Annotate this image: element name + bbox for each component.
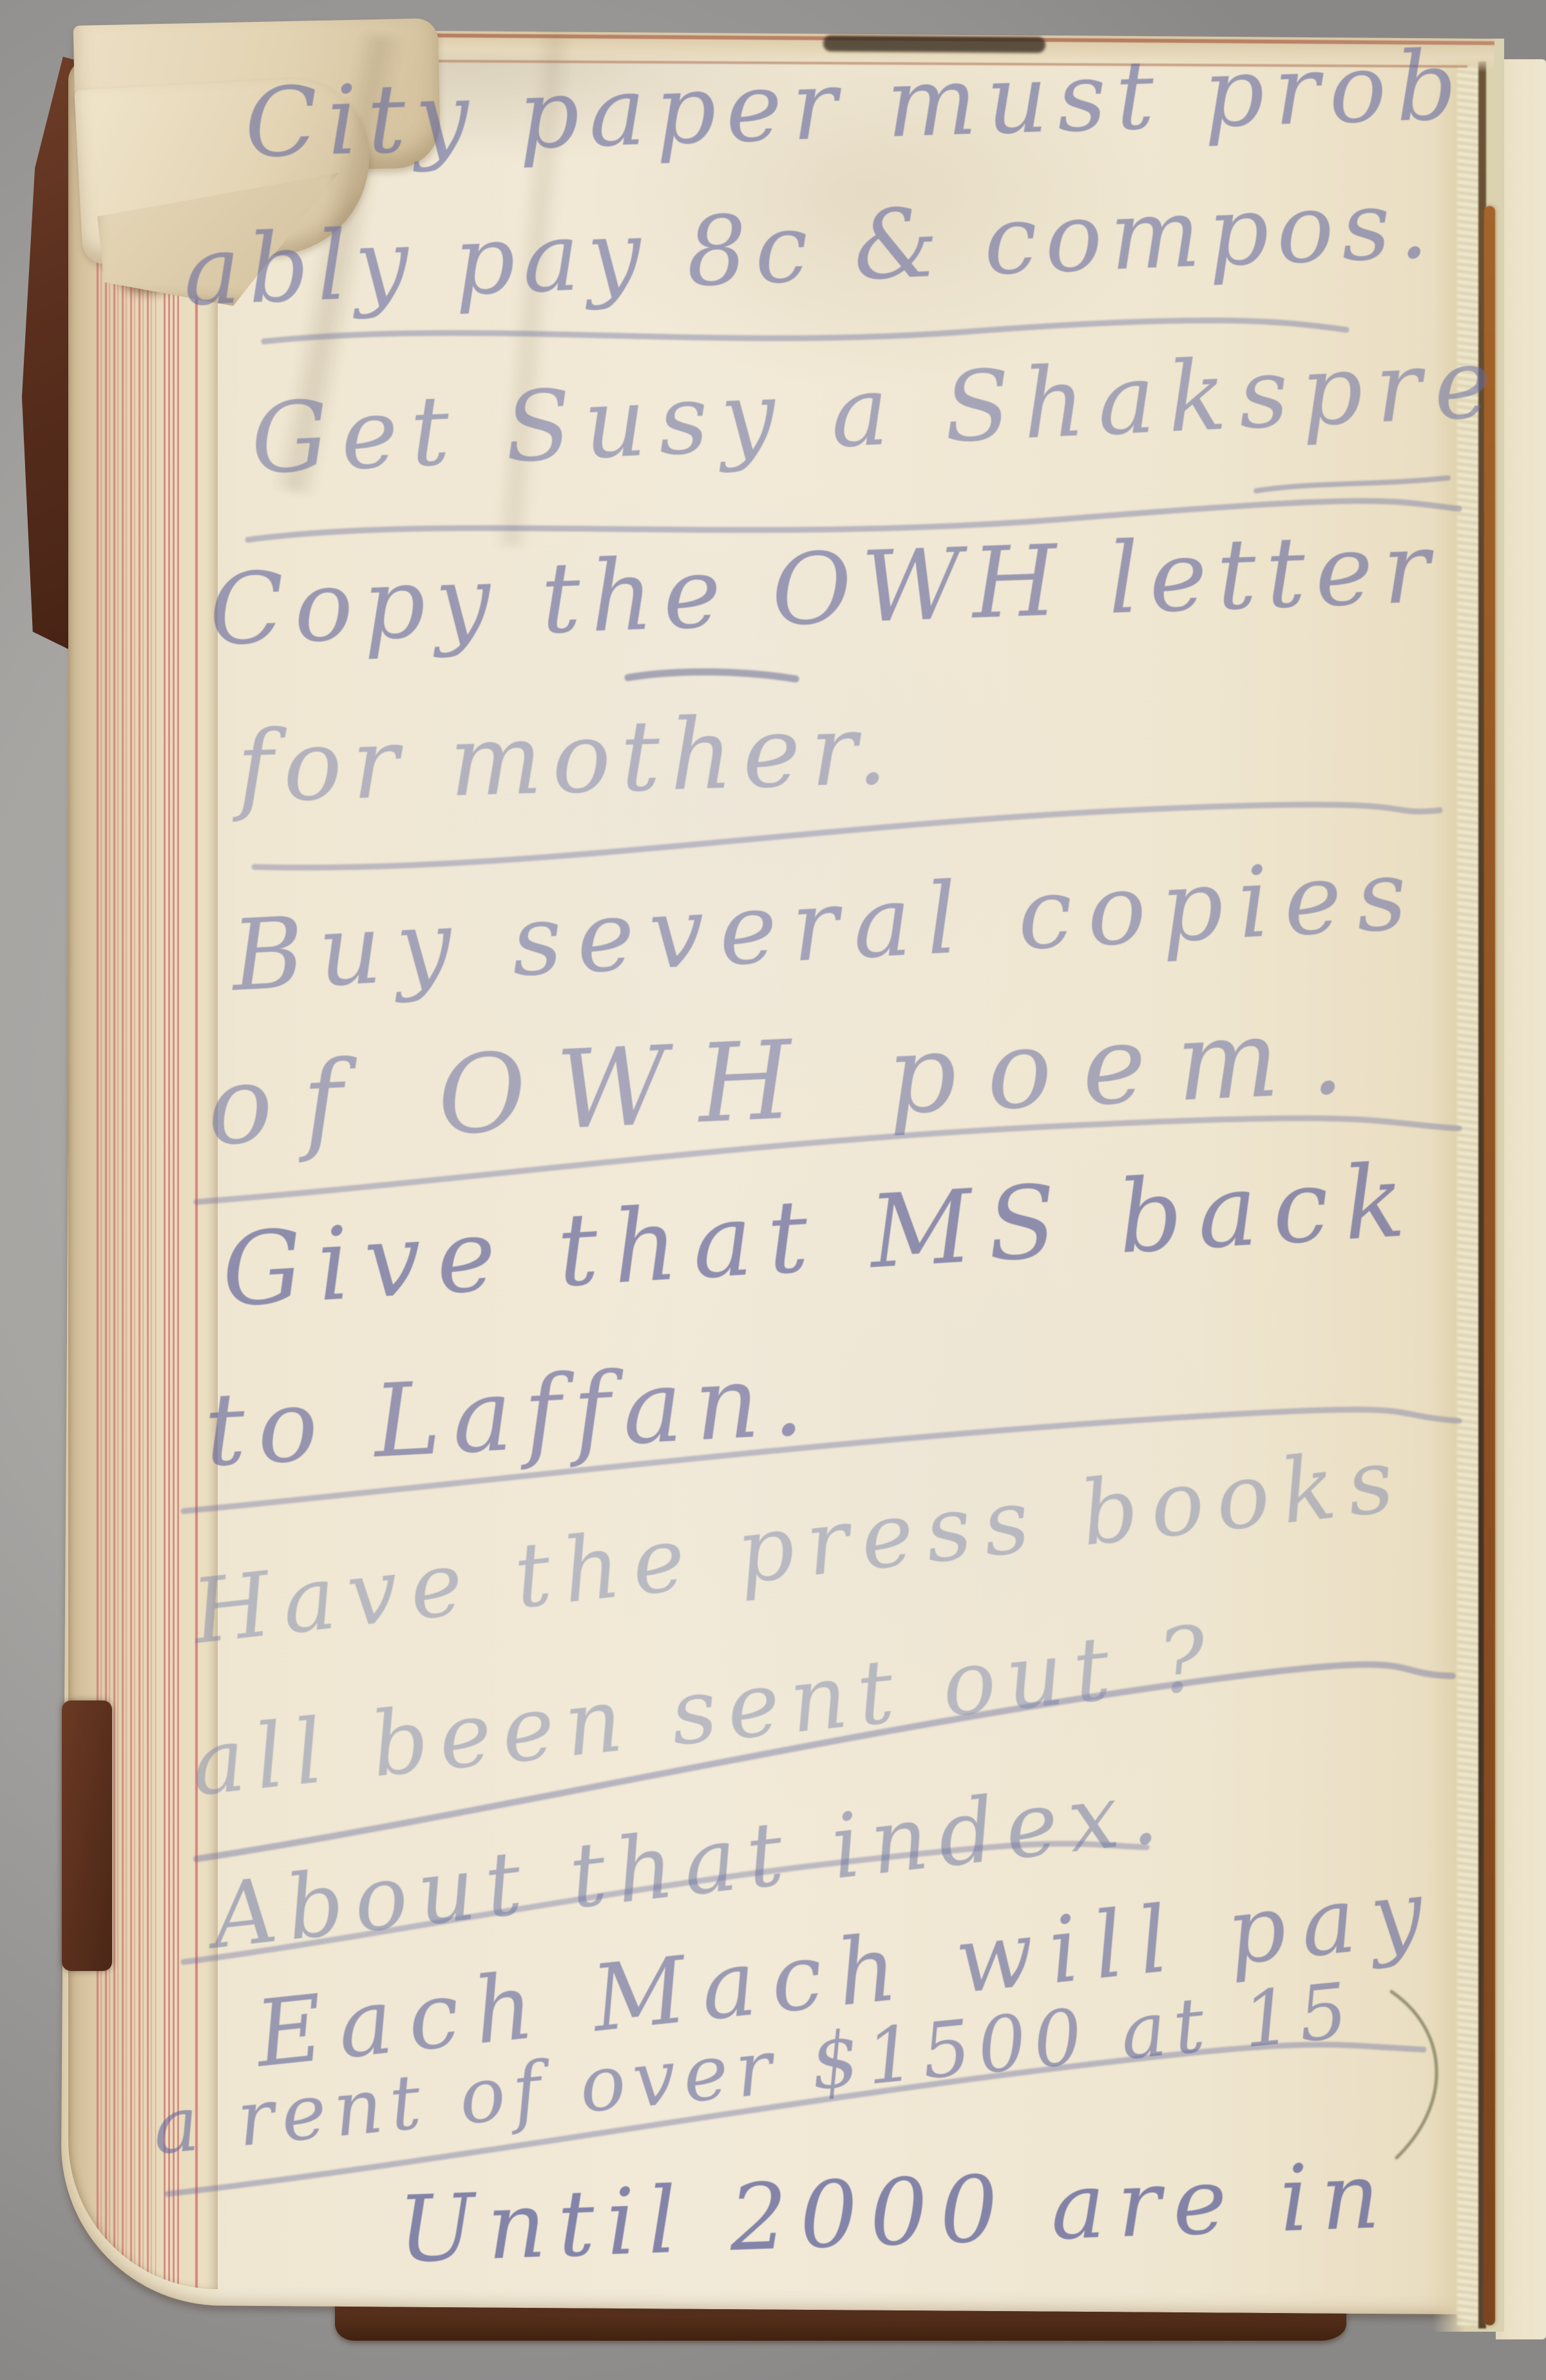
leather-cover-bottom-left (62, 1700, 112, 1971)
binding-rust-streak (1484, 206, 1495, 2325)
red-margin-line (195, 59, 198, 2289)
photo-of-notebook: City paper must prob ably pay 8c & compo… (0, 0, 1546, 2380)
red-edge-stripes-inner (164, 59, 179, 2289)
entry-3-line-2: for mother. (236, 698, 899, 819)
